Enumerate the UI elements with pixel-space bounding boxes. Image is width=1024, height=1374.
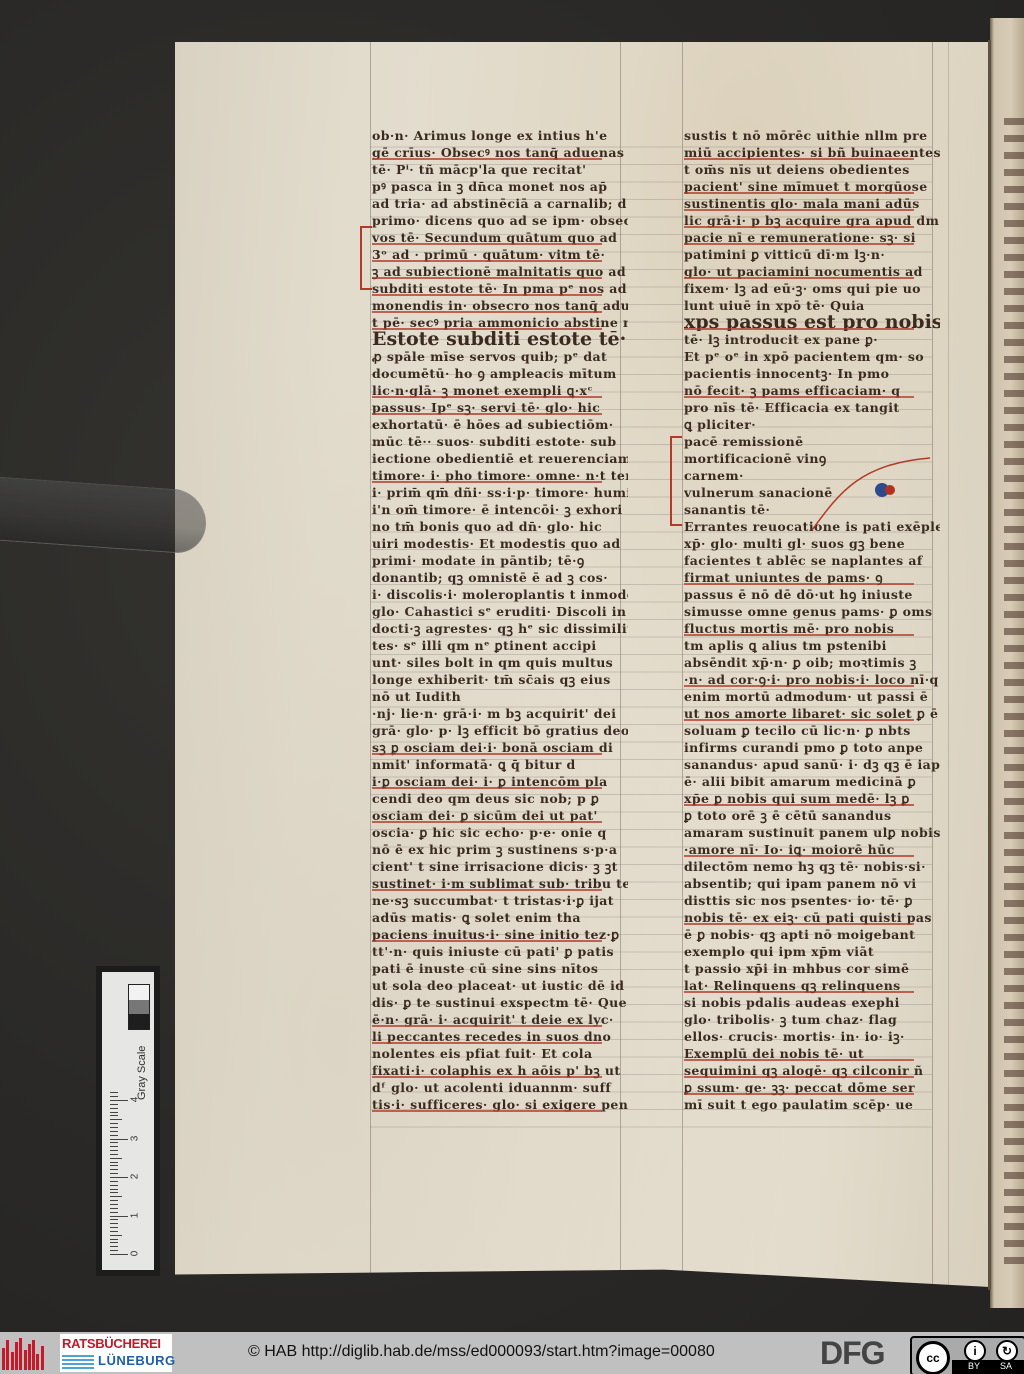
manuscript-line: i· discolis·i· moleroplantis t inmodesti… — [372, 586, 628, 603]
manuscript-line: glo· tribolis· ꝫ tum chaz· flag — [684, 1011, 940, 1028]
ruler-tick — [110, 1123, 118, 1124]
manuscript-line: lic·n·glā· ꝫ monet exempli ꝗ·xᶜ — [372, 382, 628, 399]
license-badge[interactable]: cc i ↻ BY SA — [910, 1336, 1024, 1374]
manuscript-line: donantib; qꝫ omnistē ē ad ꝫ cos· — [372, 569, 628, 586]
manuscript-line: tē· Pⁱ· tñ mācp'la que recitat' — [372, 161, 628, 178]
manuscript-line: Et pᵉ oᵉ in xpō pacientem qm· so — [684, 348, 940, 365]
ruler-tick — [110, 1165, 118, 1166]
license-band — [952, 1360, 1024, 1374]
share-alike-icon: ↻ — [996, 1340, 1018, 1362]
manuscript-line: passus ē nō dē dō·ut hꝯ iniuste — [684, 586, 940, 603]
manuscript-line: ellos· crucis· mortis· in· io· iꝫ· — [684, 1028, 940, 1045]
manuscript-line: mūc tē·· suos· subditi estote· sub — [372, 433, 628, 450]
manuscript-line: cient' t sine irrisacione dicis· ꝫ ꝫt — [372, 858, 628, 875]
ruler-tick — [110, 1254, 128, 1255]
manuscript-line: subditi estote tē· In pma pᵉ nos ad — [372, 280, 628, 297]
manuscript-line: disttis sic nos psentes· io· tē· ꝑ — [684, 892, 940, 909]
facing-page-text — [1004, 118, 1024, 1268]
manuscript-line: ꝗ pliciter· — [684, 416, 940, 433]
ruler-tick — [110, 1142, 118, 1143]
manuscript-line: ē·n· grā· i· acquirit' t deie ex lyc· — [372, 1011, 628, 1028]
manuscript-line: tis·i· sufficeres· glo· si exigere pena — [372, 1096, 628, 1113]
ruler-tick — [110, 1242, 118, 1243]
manuscript-line: tē· lꝫ introducit ex pane ꝑ· — [684, 331, 940, 348]
source-link[interactable]: © HAB http://diglib.hab.de/mss/ed000093/… — [248, 1343, 715, 1361]
manuscript-line: pacē remissionē — [684, 433, 940, 450]
ruler-tick — [110, 1204, 118, 1205]
manuscript-line: pacie nī e remuneratione· sꝫ· si — [684, 229, 940, 246]
manuscript-line: pati ē inuste cū sine sins nītos — [372, 960, 628, 977]
manuscript-line: enim mortū admodum· ut passi ē — [684, 688, 940, 705]
manuscript-line: sustinentis glo· mala mani adūs — [684, 195, 940, 212]
manuscript-line: ob·n· Arimus longe ex intius h'e — [372, 127, 628, 144]
ruler-tick — [110, 1131, 118, 1132]
manuscript-line: iectione obedientiē et reuerenciam omni — [372, 450, 628, 467]
manuscript-line: primo· dicens quo ad se ipm· obsecro — [372, 212, 628, 229]
ruler-tick — [110, 1185, 118, 1186]
manuscript-line: li peccantes recedes in suos dno — [372, 1028, 628, 1045]
dfg-logo[interactable]: DFG — [820, 1337, 885, 1369]
manuscript-line: paciens inuitus·i· sine initio tez·ꝑ — [372, 926, 628, 943]
manuscript-line: nō ē ex hic prim ꝫ sustinens s·p·a — [372, 841, 628, 858]
book-waves-icon — [62, 1355, 94, 1370]
library-emblem-icon — [2, 1338, 46, 1370]
manuscript-line: grā· glo· p· lꝫ efficit bō gratius deo· — [372, 722, 628, 739]
manuscript-line: nolentes eis pfiat fuit· Et cola — [372, 1045, 628, 1062]
manuscript-line: i·ꝑ osciam dei· i· ꝑ intencōm pla — [372, 773, 628, 790]
ruler-tick — [110, 1162, 118, 1163]
manuscript-line: ·n· ad cor·ꝯ·i· pro nobis·i· loco nī·q — [684, 671, 940, 688]
manuscript-line: soluam ꝑ tecilo cū lic·n· ꝑ nbts — [684, 722, 940, 739]
manuscript-line: sustinet· i·m sublimat sub· tribu tez — [372, 875, 628, 892]
ruler-tick — [110, 1096, 118, 1097]
ruler-tick — [110, 1173, 118, 1174]
manuscript-line: ·nj· lie·n· grā·i· m bꝫ acquirit' dei — [372, 705, 628, 722]
manuscript-line: nō fecit· ꝫ pams efficaciam· q — [684, 382, 940, 399]
manuscript-line: exemplo qui ipm xp̄m viāt — [684, 943, 940, 960]
ruler-tick — [110, 1115, 118, 1116]
manuscript-line: ꝓ spāle mīse servos quib; pᵉ dat — [372, 348, 628, 365]
manuscript-line: tm aplis ꝗ alius tm pstenibi — [684, 637, 940, 654]
manuscript-line: nō ut Iudith — [372, 688, 628, 705]
manuscript-line: monendis in· obsecro nos tanq̄ adue· — [372, 297, 628, 314]
ruler-tick — [110, 1135, 118, 1136]
manuscript-line: ne·sꝫ succumbat· t tristas·i·ꝑ ijat — [372, 892, 628, 909]
manuscript-line: osciam dei· ꝑ sicūm dei ut pat' — [372, 807, 628, 824]
book-gutter — [988, 40, 991, 1290]
ruler-tick — [110, 1139, 128, 1140]
ruler-tick — [110, 1150, 118, 1151]
manuscript-line: xps passus est pro nobis — [684, 314, 940, 331]
ruler-tick — [110, 1092, 118, 1093]
manuscript-line: simusse omne genus pams· ꝑ oms — [684, 603, 940, 620]
manuscript-line: ē ꝑ nobis· qꝫ apti nō moigebant — [684, 926, 940, 943]
manuscript-line: docti·ꝫ agrestes· qꝫ hᵉ sic dissimiliter — [372, 620, 628, 637]
manuscript-line: fixem· lꝫ ad eū·ꝫ· oms qui pie uo — [684, 280, 940, 297]
ruler-tick — [110, 1246, 118, 1247]
by-label: BY — [968, 1361, 980, 1371]
manuscript-line: t pē· secꝰ pria ammonicio abstine nos· — [372, 314, 628, 331]
manuscript-line: xp̄· glo· multi gl· suos gꝫ bene — [684, 535, 940, 552]
ruler-tick — [110, 1212, 118, 1213]
rubric-connector-line — [810, 452, 940, 532]
manuscript-line: pacient' sine mīmuet t morgūose — [684, 178, 940, 195]
manuscript-line: no tm̄ bonis quo ad dn̄· glo· hic — [372, 518, 628, 535]
manuscript-line: adūs matis· ꝗ solet enim tha — [372, 909, 628, 926]
manuscript-line: dᶠ glo· ut acolenti iduannm· suff — [372, 1079, 628, 1096]
ruler-tick — [110, 1200, 118, 1201]
text-column-right: sustis t nō mōrēc uithie nllm premiū acc… — [684, 127, 940, 1113]
manuscript-line: ut sola deo placeat· ut iustic dē id — [372, 977, 628, 994]
manuscript-line: unt· siles bolt in qm quis multus — [372, 654, 628, 671]
manuscript-line: infirms curandi pmo ꝑ toto anpe — [684, 739, 940, 756]
ruler-tick — [110, 1177, 128, 1178]
manuscript-line: miū accipientes· si bñ buinaeentes — [684, 144, 940, 161]
manuscript-line: facientes t ablēc se naplantes af — [684, 552, 940, 569]
manuscript-line: sꝫ ꝑ osciam dei·i· bonā osciam di — [372, 739, 628, 756]
ruler-tick — [110, 1181, 118, 1182]
manuscript-line: Exemplū dei nobis tē· ut — [684, 1045, 940, 1062]
manuscript-line: oscia· ꝑ hic sic echo· p·e· onie q — [372, 824, 628, 841]
manuscript-line: vos tē· Secundum quātum quo ad — [372, 229, 628, 246]
manuscript-line: dilectōm nemo hꝫ qꝫ tē· nobis·si· — [684, 858, 940, 875]
ruler-tick — [110, 1216, 128, 1217]
manuscript-line: glo· Cahastici sᵉ eruditi· Discoli in — [372, 603, 628, 620]
ruler-tick — [110, 1227, 118, 1228]
ruler-tick — [110, 1250, 118, 1251]
manuscript-line: passus· Ipᵉ sꝫ· servi tē· glo· hic — [372, 399, 628, 416]
facing-page-edge — [990, 18, 1024, 1308]
ruler-tick — [110, 1169, 118, 1170]
manuscript-line: ꝑ toto orē ꝫ ē cētū sanandus — [684, 807, 940, 824]
library-logo-line2: LÜNEBURG — [98, 1353, 176, 1368]
ruler-tick — [110, 1158, 122, 1159]
manuscript-line: ut nos amorte libaret· sic solet ꝑ ē — [684, 705, 940, 722]
ruler-tick — [110, 1223, 118, 1224]
ruler-tick — [110, 1235, 122, 1236]
ruler-tick — [110, 1192, 118, 1193]
ruler-tick — [110, 1119, 122, 1120]
ruler-tick — [110, 1154, 118, 1155]
gray-scale-label: Gray Scale — [136, 1046, 148, 1100]
manuscript-line: exhortatū· ē hōes ad subiectiōm· — [372, 416, 628, 433]
manuscript-line: timore· i· pho timore· omne· n·t tem — [372, 467, 628, 484]
text-column-left: ob·n· Arimus longe ex intius h'egē crīus… — [372, 127, 628, 1113]
ruler-tick-label: 4 — [129, 1097, 140, 1103]
library-logo[interactable]: RATSBÜCHEREI LÜNEBURG — [60, 1334, 172, 1372]
manuscript-line: t passio xp̄i in mhbus cor simē — [684, 960, 940, 977]
manuscript-line: nobis tē· ex eiꝫ· cū pati quisti pas — [684, 909, 940, 926]
manuscript-line: documētū· ho ꝯ ampleacis mītum — [372, 365, 628, 382]
manuscript-line: patimini ꝑ vitticū dī·m lꝫ·n· — [684, 246, 940, 263]
manuscript-line: ē· alii bibit amarum medicinā ꝑ — [684, 773, 940, 790]
manuscript-line: 3ᵒ ad · primū · quātum· vitm tē· — [372, 246, 628, 263]
manuscript-line: ꝑ ssum· ge· ꝫꝫ· peccat dōme ser — [684, 1079, 940, 1096]
ruler-tick — [110, 1239, 118, 1240]
ruler-tick — [110, 1112, 118, 1113]
manuscript-line: uiri modestis· Et modestis quo ad — [372, 535, 628, 552]
ruler-tick — [110, 1189, 118, 1190]
ruler-tick — [110, 1208, 118, 1209]
ruler-tick — [110, 1108, 118, 1109]
rubric-bracket — [360, 226, 372, 290]
manuscript-line: cendi deo qm deus sic nob; p ꝑ — [372, 790, 628, 807]
manuscript-line: ad tria· ad abstinēciā a carnalib; d — [372, 195, 628, 212]
manuscript-line: lat· Relinquens qꝫ relinquens — [684, 977, 940, 994]
manuscript-line: lunt uiuē in xpō tē· Quia — [684, 297, 940, 314]
library-logo-line1: RATSBÜCHEREI — [62, 1336, 161, 1351]
manuscript-line: dis· ꝑ te sustinui exspectm tē· Que — [372, 994, 628, 1011]
ruler-tick-label: 0 — [129, 1251, 140, 1257]
sa-label: SA — [1000, 1361, 1012, 1371]
manuscript-line: firmat uniuntes de pams· ꝯ — [684, 569, 940, 586]
viewer-footer: RATSBÜCHEREI LÜNEBURG © HAB http://digli… — [0, 1332, 1024, 1374]
manuscript-line: pꝰ pasca in ꝫ dn̄ca monet nos ap̄ — [372, 178, 628, 195]
ruler-tick — [110, 1231, 118, 1232]
ruler-tick — [110, 1219, 118, 1220]
ruler-tick — [110, 1146, 118, 1147]
manuscript-line: pro nīs tē· Efficacia ex tangit — [684, 399, 940, 416]
manuscript-line: Estote subditi estote tē· — [372, 331, 628, 348]
manuscript-line: ꝫ ad subiectionē malnitatis quo ad ōm — [372, 263, 628, 280]
manuscript-line: fixati·i· colaphis ex h aōis p' bꝫ ut — [372, 1062, 628, 1079]
manuscript-line: absentib; qui ipam panem nō vi — [684, 875, 940, 892]
manuscript-line: nmit' informatā· ꝗ q̄ bitur d — [372, 756, 628, 773]
gray-scale-swatch — [128, 984, 150, 1030]
manuscript-line: sanandus· apud sanū· i· dꝫ qꝫ ē iapt — [684, 756, 940, 773]
attribution-icon: i — [964, 1340, 986, 1362]
manuscript-line: gē crīus· Obsecꝰ nos tanq̄ aduenas — [372, 144, 628, 161]
manuscript-line: longe exhiberit· tm̄ sc̄ais qꝫ eius — [372, 671, 628, 688]
manuscript-line: pacientis innocentꝫ· In pmo — [684, 365, 940, 382]
manuscript-line: mī suit t ego paulatim scēp· ue — [684, 1096, 940, 1113]
manuscript-line: glo· ut paciamini nocumentis ad — [684, 263, 940, 280]
manuscript-line: t om̄s nīs ut deiens obedientes — [684, 161, 940, 178]
ruler-tick — [110, 1104, 118, 1105]
ruling-line — [948, 42, 949, 1287]
manuscript-line: sustis t nō mōrēc uithie nllm pre — [684, 127, 940, 144]
rubric-bracket — [670, 436, 682, 526]
manuscript-line: i· prim̄ qm̄ dñi· ss·i·p· timore· humili — [372, 484, 628, 501]
ruler-tick-label: 2 — [129, 1174, 140, 1180]
manuscript-line: amaram sustinuit panem ulꝑ nobis — [684, 824, 940, 841]
manuscript-line: ·amore nī· Io· iꝗ· moiorē hūc — [684, 841, 940, 858]
gray-scale-ruler: Gray Scale 01234 — [96, 966, 160, 1276]
ruler-tick-label: 1 — [129, 1212, 140, 1218]
cc-icon: cc — [916, 1341, 950, 1374]
manuscript-line: lic grā·i· p bꝫ acquire gra apud dm — [684, 212, 940, 229]
manuscript-line: tt'·n· quis iniuste cū pati' ꝑ patis — [372, 943, 628, 960]
manuscript-line: sequimini qꝫ alogē· qꝫ cilconir ñ — [684, 1062, 940, 1079]
ruler-tick — [110, 1100, 128, 1101]
ruler-tick-label: 3 — [129, 1135, 140, 1141]
ruler-tick — [110, 1196, 122, 1197]
manuscript-line: primi· modate in pāntib; tē·ꝯ — [372, 552, 628, 569]
manuscript-line: absēndit xp̄·n· ꝑ oib; moꝛtimis ꝫ — [684, 654, 940, 671]
ruler-tick — [110, 1127, 118, 1128]
manuscript-line: xp̄e ꝑ nobis qui sum medē· lꝫ ꝑ — [684, 790, 940, 807]
manuscript-line: tes· sᵉ illi qm nᵉ ꝑtinent accipi — [372, 637, 628, 654]
manuscript-line: fluctus mortis mē· pro nobis — [684, 620, 940, 637]
manuscript-line: i'n om̄ timore· ē intencōi· ꝫ exhori — [372, 501, 628, 518]
manuscript-line: si nobis pdalis audeas exephi — [684, 994, 940, 1011]
